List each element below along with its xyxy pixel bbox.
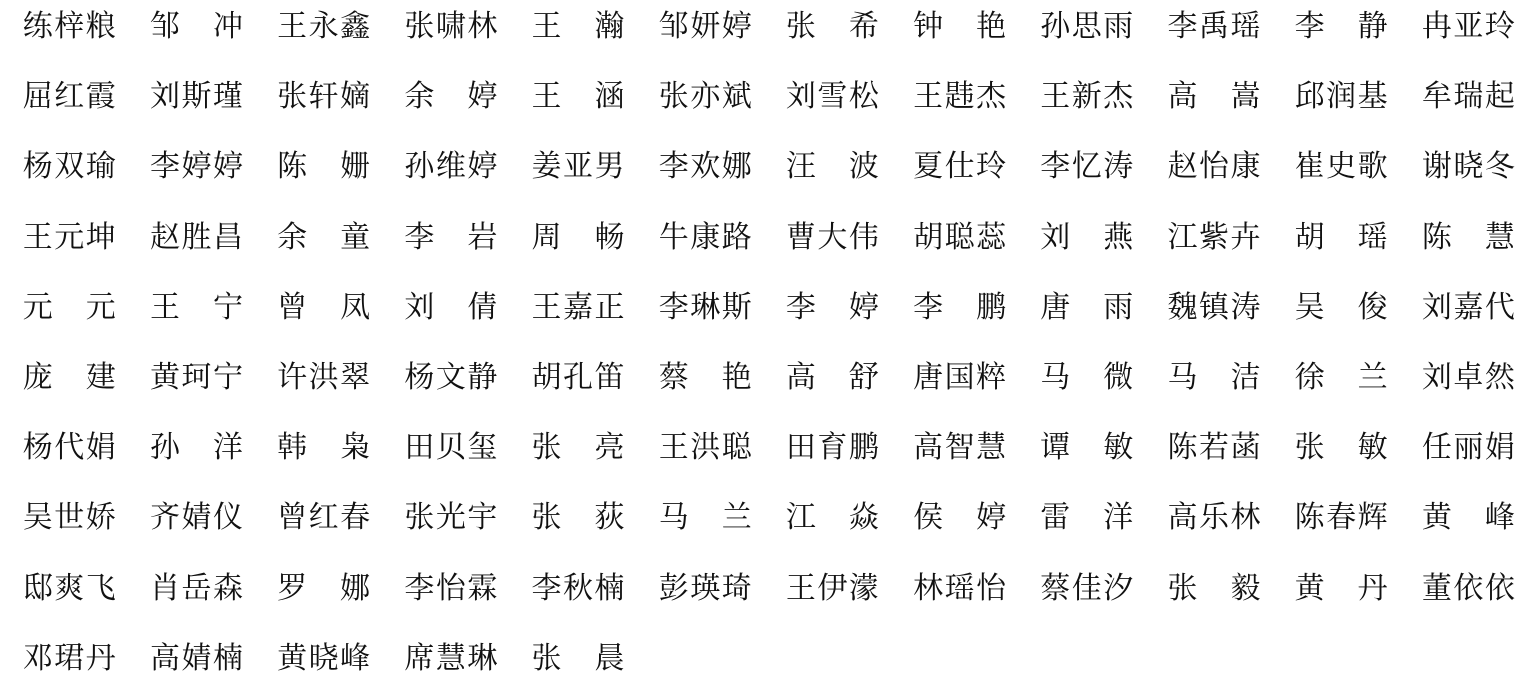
name-entry: 曹大伟 [785, 223, 912, 253]
name-character: 晨 [594, 644, 626, 674]
name-character: 妍 [689, 12, 721, 42]
name-character: 舒 [848, 363, 880, 393]
name-entry: 李婷婷 [149, 152, 276, 182]
name-character: 胡 [912, 223, 944, 253]
name-character: 轩 [308, 82, 340, 112]
name-character: 姜 [531, 152, 563, 182]
name-character: 亮 [594, 433, 626, 463]
name-character: 瑜 [85, 152, 117, 182]
name-character: 丹 [1357, 574, 1389, 604]
name-entry: 李静 [1294, 12, 1421, 42]
name-character: 斯 [181, 82, 213, 112]
name-character: 润 [1325, 82, 1357, 112]
name-entry: 元元 [22, 293, 149, 323]
name-character: 毅 [1230, 574, 1262, 604]
name-entry: 任丽娟 [1421, 433, 1530, 463]
name-entry: 李秋楠 [531, 574, 658, 604]
name-character: 兰 [1357, 363, 1389, 393]
name-character: 仕 [944, 152, 976, 182]
name-entry: 黄晓峰 [276, 644, 403, 674]
name-character: 刘 [1040, 223, 1072, 253]
name-character: 曾 [276, 503, 308, 533]
name-character: 唐 [912, 363, 944, 393]
name-entry: 彭瑛琦 [658, 574, 785, 604]
name-character: 庞 [22, 363, 54, 393]
name-character: 曾 [276, 293, 308, 323]
name-character: 粹 [975, 363, 1007, 393]
name-character: 练 [22, 12, 54, 42]
name-character: 江 [1167, 223, 1199, 253]
name-character: 元 [54, 223, 86, 253]
name-character: 森 [212, 574, 244, 604]
name-character: 育 [817, 433, 849, 463]
name-character: 汐 [1103, 574, 1135, 604]
name-character: 思 [1071, 12, 1103, 42]
name-character: 陈 [1421, 223, 1453, 253]
name-character: 翠 [339, 363, 371, 393]
name-character: 起 [1484, 82, 1516, 112]
name-character: 新 [1071, 82, 1103, 112]
name-entry: 唐国粹 [912, 363, 1039, 393]
name-character: 蔡 [658, 363, 690, 393]
name-character: 李 [912, 293, 944, 323]
name-entry: 张亦斌 [658, 82, 785, 112]
name-character: 洁 [1230, 363, 1262, 393]
name-entry: 钟艳 [912, 12, 1039, 42]
name-entry: 韩枭 [276, 433, 403, 463]
name-list-grid: 练梓粮邹冲王永鑫张啸林王瀚邹妍婷张希钟艳孙思雨李禹瑶李静冉亚玲屈红霞刘斯瑾张轩嫡… [22, 0, 1522, 688]
name-character: 马 [1167, 363, 1199, 393]
name-character: 卉 [1230, 223, 1262, 253]
name-row: 屈红霞刘斯瑾张轩嫡余婷王涵张亦斌刘雪松王韪杰王新杰高嵩邱润基牟瑞起 [22, 62, 1522, 132]
name-character: 田 [785, 433, 817, 463]
name-entry: 杨文静 [404, 363, 531, 393]
name-entry: 张啸林 [404, 12, 531, 42]
name-character: 洪 [689, 433, 721, 463]
name-entry: 李忆涛 [1040, 152, 1167, 182]
name-character: 侯 [912, 503, 944, 533]
name-character: 慧 [1484, 223, 1516, 253]
name-character: 张 [276, 82, 308, 112]
name-character: 姗 [339, 152, 371, 182]
name-character: 田 [404, 433, 436, 463]
name-character: 邹 [149, 12, 181, 42]
name-character: 佳 [1071, 574, 1103, 604]
name-entry: 张晨 [531, 644, 658, 674]
name-character: 黄 [1421, 503, 1453, 533]
name-character: 涛 [1230, 293, 1262, 323]
name-character: 松 [848, 82, 880, 112]
name-character: 斯 [721, 293, 753, 323]
name-entry: 余婷 [404, 82, 531, 112]
name-entry: 胡孔笛 [531, 363, 658, 393]
name-character: 高 [912, 433, 944, 463]
name-character: 魏 [1167, 293, 1199, 323]
name-entry: 刘斯瑾 [149, 82, 276, 112]
name-character: 胜 [181, 223, 213, 253]
name-character: 楠 [212, 644, 244, 674]
name-entry: 徐兰 [1294, 363, 1421, 393]
name-character: 邸 [22, 574, 54, 604]
name-character: 然 [1484, 363, 1516, 393]
name-entry: 罗娜 [276, 574, 403, 604]
name-character: 春 [1325, 503, 1357, 533]
name-character: 屈 [22, 82, 54, 112]
name-character: 建 [85, 363, 117, 393]
name-character: 黄 [276, 644, 308, 674]
name-character: 王 [22, 223, 54, 253]
name-character: 韪 [944, 82, 976, 112]
name-entry: 高嵩 [1167, 82, 1294, 112]
name-entry: 黄珂宁 [149, 363, 276, 393]
name-entry: 魏镇涛 [1167, 293, 1294, 323]
name-character: 罗 [276, 574, 308, 604]
name-character: 赵 [149, 223, 181, 253]
name-entry: 张敏 [1294, 433, 1421, 463]
name-character: 任 [1421, 433, 1453, 463]
name-row: 邸爽飞肖岳森罗娜李怡霖李秋楠彭瑛琦王伊濛林瑶怡蔡佳汐张毅黄丹董依依 [22, 554, 1522, 624]
name-character: 娜 [339, 574, 371, 604]
name-character: 孙 [404, 152, 436, 182]
name-entry: 王嘉正 [531, 293, 658, 323]
name-entry: 陈春辉 [1294, 503, 1421, 533]
name-character: 嘉 [1453, 293, 1485, 323]
name-character: 周 [531, 223, 563, 253]
name-character: 孙 [149, 433, 181, 463]
name-character: 楠 [594, 574, 626, 604]
name-entry: 许洪翠 [276, 363, 403, 393]
name-character: 燕 [1103, 223, 1135, 253]
name-entry: 王瀚 [531, 12, 658, 42]
name-character: 辉 [1357, 503, 1389, 533]
name-character: 孙 [1040, 12, 1072, 42]
name-character: 笛 [594, 363, 626, 393]
name-character: 牛 [658, 223, 690, 253]
name-entry: 张亮 [531, 433, 658, 463]
name-character: 斌 [721, 82, 753, 112]
name-entry: 王韪杰 [912, 82, 1039, 112]
name-character: 娇 [85, 503, 117, 533]
name-character: 禹 [1198, 12, 1230, 42]
name-entry: 唐雨 [1040, 293, 1167, 323]
name-character: 峰 [1484, 503, 1516, 533]
name-character: 希 [848, 12, 880, 42]
name-character: 光 [435, 503, 467, 533]
name-character: 李 [404, 574, 436, 604]
name-character: 霖 [467, 574, 499, 604]
name-entry: 孙维婷 [404, 152, 531, 182]
name-character: 枭 [339, 433, 371, 463]
name-character: 兰 [721, 503, 753, 533]
name-entry: 牟瑞起 [1421, 82, 1530, 112]
name-row: 庞建黄珂宁许洪翠杨文静胡孔笛蔡艳高舒唐国粹马微马洁徐兰刘卓然 [22, 343, 1522, 413]
name-character: 邱 [1294, 82, 1326, 112]
name-character: 贝 [435, 433, 467, 463]
name-character: 王 [276, 12, 308, 42]
name-entry: 张荻 [531, 503, 658, 533]
name-entry: 屈红霞 [22, 82, 149, 112]
name-character: 嵩 [1230, 82, 1262, 112]
name-character: 镇 [1198, 293, 1230, 323]
name-entry: 胡瑶 [1294, 223, 1421, 253]
name-character: 怡 [435, 574, 467, 604]
name-character: 乐 [1198, 503, 1230, 533]
name-character: 艳 [975, 12, 1007, 42]
name-character: 孔 [562, 363, 594, 393]
name-character: 张 [531, 644, 563, 674]
name-character: 胡 [1294, 223, 1326, 253]
name-character: 玺 [467, 433, 499, 463]
name-entry: 刘嘉代 [1421, 293, 1530, 323]
name-character: 紫 [1198, 223, 1230, 253]
name-character: 珂 [181, 363, 213, 393]
name-character: 康 [689, 223, 721, 253]
name-entry: 崔史歌 [1294, 152, 1421, 182]
name-character: 王 [531, 82, 563, 112]
name-character: 红 [308, 503, 340, 533]
name-character: 啸 [435, 12, 467, 42]
name-character: 忆 [1071, 152, 1103, 182]
name-entry: 杨代娟 [22, 433, 149, 463]
name-character: 鹏 [848, 433, 880, 463]
name-character: 涵 [594, 82, 626, 112]
name-character: 李 [1167, 12, 1199, 42]
name-entry: 刘燕 [1040, 223, 1167, 253]
name-character: 歌 [1357, 152, 1389, 182]
name-entry: 高智慧 [912, 433, 1039, 463]
name-character: 康 [1230, 152, 1262, 182]
name-character: 怡 [975, 574, 1007, 604]
name-character: 聪 [944, 223, 976, 253]
name-character: 鑫 [339, 12, 371, 42]
name-entry: 冉亚玲 [1421, 12, 1530, 42]
name-character: 婧 [181, 503, 213, 533]
name-character: 曹 [785, 223, 817, 253]
name-character: 文 [435, 363, 467, 393]
name-character: 席 [404, 644, 436, 674]
name-entry: 谢晓冬 [1421, 152, 1530, 182]
name-character: 杰 [975, 82, 1007, 112]
name-character: 春 [339, 503, 371, 533]
name-character: 峰 [339, 644, 371, 674]
name-character: 陈 [1167, 433, 1199, 463]
name-character: 王 [531, 12, 563, 42]
name-character: 余 [276, 223, 308, 253]
name-character: 冬 [1484, 152, 1516, 182]
name-character: 菡 [1230, 433, 1262, 463]
name-character: 刘 [149, 82, 181, 112]
name-character: 林 [1230, 503, 1262, 533]
name-entry: 庞建 [22, 363, 149, 393]
name-character: 瑶 [944, 574, 976, 604]
name-entry: 牛康路 [658, 223, 785, 253]
name-character: 婷 [181, 152, 213, 182]
name-character: 余 [404, 82, 436, 112]
name-entry: 李欢娜 [658, 152, 785, 182]
name-entry: 陈若菡 [1167, 433, 1294, 463]
name-entry: 李岩 [404, 223, 531, 253]
name-character: 岳 [181, 574, 213, 604]
name-entry: 吴俊 [1294, 293, 1421, 323]
name-entry: 江焱 [785, 503, 912, 533]
name-character: 杰 [1103, 82, 1135, 112]
name-character: 依 [1453, 574, 1485, 604]
name-character: 汪 [785, 152, 817, 182]
name-entry: 黄峰 [1421, 503, 1530, 533]
name-character: 代 [54, 433, 86, 463]
name-character: 张 [404, 12, 436, 42]
name-character: 王 [149, 293, 181, 323]
name-entry: 蔡佳汐 [1040, 574, 1167, 604]
name-character: 吴 [1294, 293, 1326, 323]
name-character: 洪 [308, 363, 340, 393]
name-row: 元元王宁曾凤刘倩王嘉正李琳斯李婷李鹏唐雨魏镇涛吴俊刘嘉代 [22, 273, 1522, 343]
name-character: 王 [531, 293, 563, 323]
name-character: 爽 [54, 574, 86, 604]
name-character: 雨 [1103, 12, 1135, 42]
name-character: 刘 [1421, 363, 1453, 393]
name-character: 玲 [975, 152, 1007, 182]
name-character: 瑶 [1230, 12, 1262, 42]
name-entry: 汪波 [785, 152, 912, 182]
name-character: 杨 [404, 363, 436, 393]
name-character: 焱 [848, 503, 880, 533]
name-entry: 曾凤 [276, 293, 403, 323]
name-character: 倩 [467, 293, 499, 323]
name-entry: 邱润基 [1294, 82, 1421, 112]
name-character: 王 [658, 433, 690, 463]
name-character: 高 [1167, 82, 1199, 112]
name-character: 代 [1484, 293, 1516, 323]
name-character: 陈 [1294, 503, 1326, 533]
name-character: 霞 [85, 82, 117, 112]
name-character: 晓 [1453, 152, 1485, 182]
name-character: 国 [944, 363, 976, 393]
name-character: 宇 [467, 503, 499, 533]
name-character: 谭 [1040, 433, 1072, 463]
name-entry: 王新杰 [1040, 82, 1167, 112]
name-entry: 周畅 [531, 223, 658, 253]
name-character: 黄 [1294, 574, 1326, 604]
name-character: 张 [1167, 574, 1199, 604]
name-entry: 孙洋 [149, 433, 276, 463]
name-character: 静 [467, 363, 499, 393]
name-character: 刘 [785, 82, 817, 112]
name-entry: 谭敏 [1040, 433, 1167, 463]
name-character: 冉 [1421, 12, 1453, 42]
name-entry: 席慧琳 [404, 644, 531, 674]
name-character: 微 [1103, 363, 1135, 393]
name-character: 刘 [1421, 293, 1453, 323]
name-character: 雪 [817, 82, 849, 112]
name-character: 畅 [594, 223, 626, 253]
name-character: 伟 [848, 223, 880, 253]
name-character: 聪 [721, 433, 753, 463]
name-character: 琦 [721, 574, 753, 604]
name-character: 梓 [54, 12, 86, 42]
name-character: 世 [54, 503, 86, 533]
name-entry: 李婷 [785, 293, 912, 323]
name-character: 敏 [1357, 433, 1389, 463]
name-character: 徐 [1294, 363, 1326, 393]
name-entry: 张光宇 [404, 503, 531, 533]
name-entry: 王涵 [531, 82, 658, 112]
name-character: 娟 [85, 433, 117, 463]
name-entry: 高婧楠 [149, 644, 276, 674]
name-entry: 张希 [785, 12, 912, 42]
name-character: 马 [1040, 363, 1072, 393]
name-character: 秋 [562, 574, 594, 604]
name-character: 娟 [1484, 433, 1516, 463]
name-character: 高 [785, 363, 817, 393]
name-character: 牟 [1421, 82, 1453, 112]
name-character: 李 [1294, 12, 1326, 42]
name-character: 珺 [54, 644, 86, 674]
name-character: 嘉 [562, 293, 594, 323]
name-character: 荻 [594, 503, 626, 533]
name-character: 敏 [1103, 433, 1135, 463]
name-character: 雨 [1103, 293, 1135, 323]
name-character: 刘 [404, 293, 436, 323]
name-character: 欢 [689, 152, 721, 182]
name-character: 坤 [85, 223, 117, 253]
name-character: 红 [54, 82, 86, 112]
name-entry: 马洁 [1167, 363, 1294, 393]
name-entry: 齐婧仪 [149, 503, 276, 533]
name-character: 婷 [721, 12, 753, 42]
name-character: 黄 [149, 363, 181, 393]
name-character: 宁 [212, 363, 244, 393]
name-character: 元 [22, 293, 54, 323]
name-entry: 马微 [1040, 363, 1167, 393]
name-character: 谢 [1421, 152, 1453, 182]
name-character: 嫡 [339, 82, 371, 112]
name-entry: 陈慧 [1421, 223, 1530, 253]
name-entry: 田育鹏 [785, 433, 912, 463]
name-entry: 邸爽飞 [22, 574, 149, 604]
name-character: 李 [149, 152, 181, 182]
name-character: 慧 [435, 644, 467, 674]
name-entry: 邓珺丹 [22, 644, 149, 674]
name-character: 艳 [721, 363, 753, 393]
name-row: 邓珺丹高婧楠黄晓峰席慧琳张晨 [22, 624, 1522, 688]
name-entry: 练梓粮 [22, 12, 149, 42]
name-character: 依 [1484, 574, 1516, 604]
name-character: 路 [721, 223, 753, 253]
name-character: 瑞 [1453, 82, 1485, 112]
name-character: 邓 [22, 644, 54, 674]
name-entry: 胡聪蕊 [912, 223, 1039, 253]
name-character: 韩 [276, 433, 308, 463]
name-character: 慧 [975, 433, 1007, 463]
name-character: 蔡 [1040, 574, 1072, 604]
name-character: 胡 [531, 363, 563, 393]
name-character: 基 [1357, 82, 1389, 112]
name-entry: 马兰 [658, 503, 785, 533]
name-character: 蕊 [975, 223, 1007, 253]
name-entry: 王洪聪 [658, 433, 785, 463]
name-entry: 吴世娇 [22, 503, 149, 533]
name-character: 林 [912, 574, 944, 604]
name-character: 夏 [912, 152, 944, 182]
name-character: 娜 [721, 152, 753, 182]
name-character: 许 [276, 363, 308, 393]
name-character: 婷 [848, 293, 880, 323]
name-entry: 林瑶怡 [912, 574, 1039, 604]
name-character: 俊 [1357, 293, 1389, 323]
name-character: 琳 [689, 293, 721, 323]
name-character: 双 [54, 152, 86, 182]
